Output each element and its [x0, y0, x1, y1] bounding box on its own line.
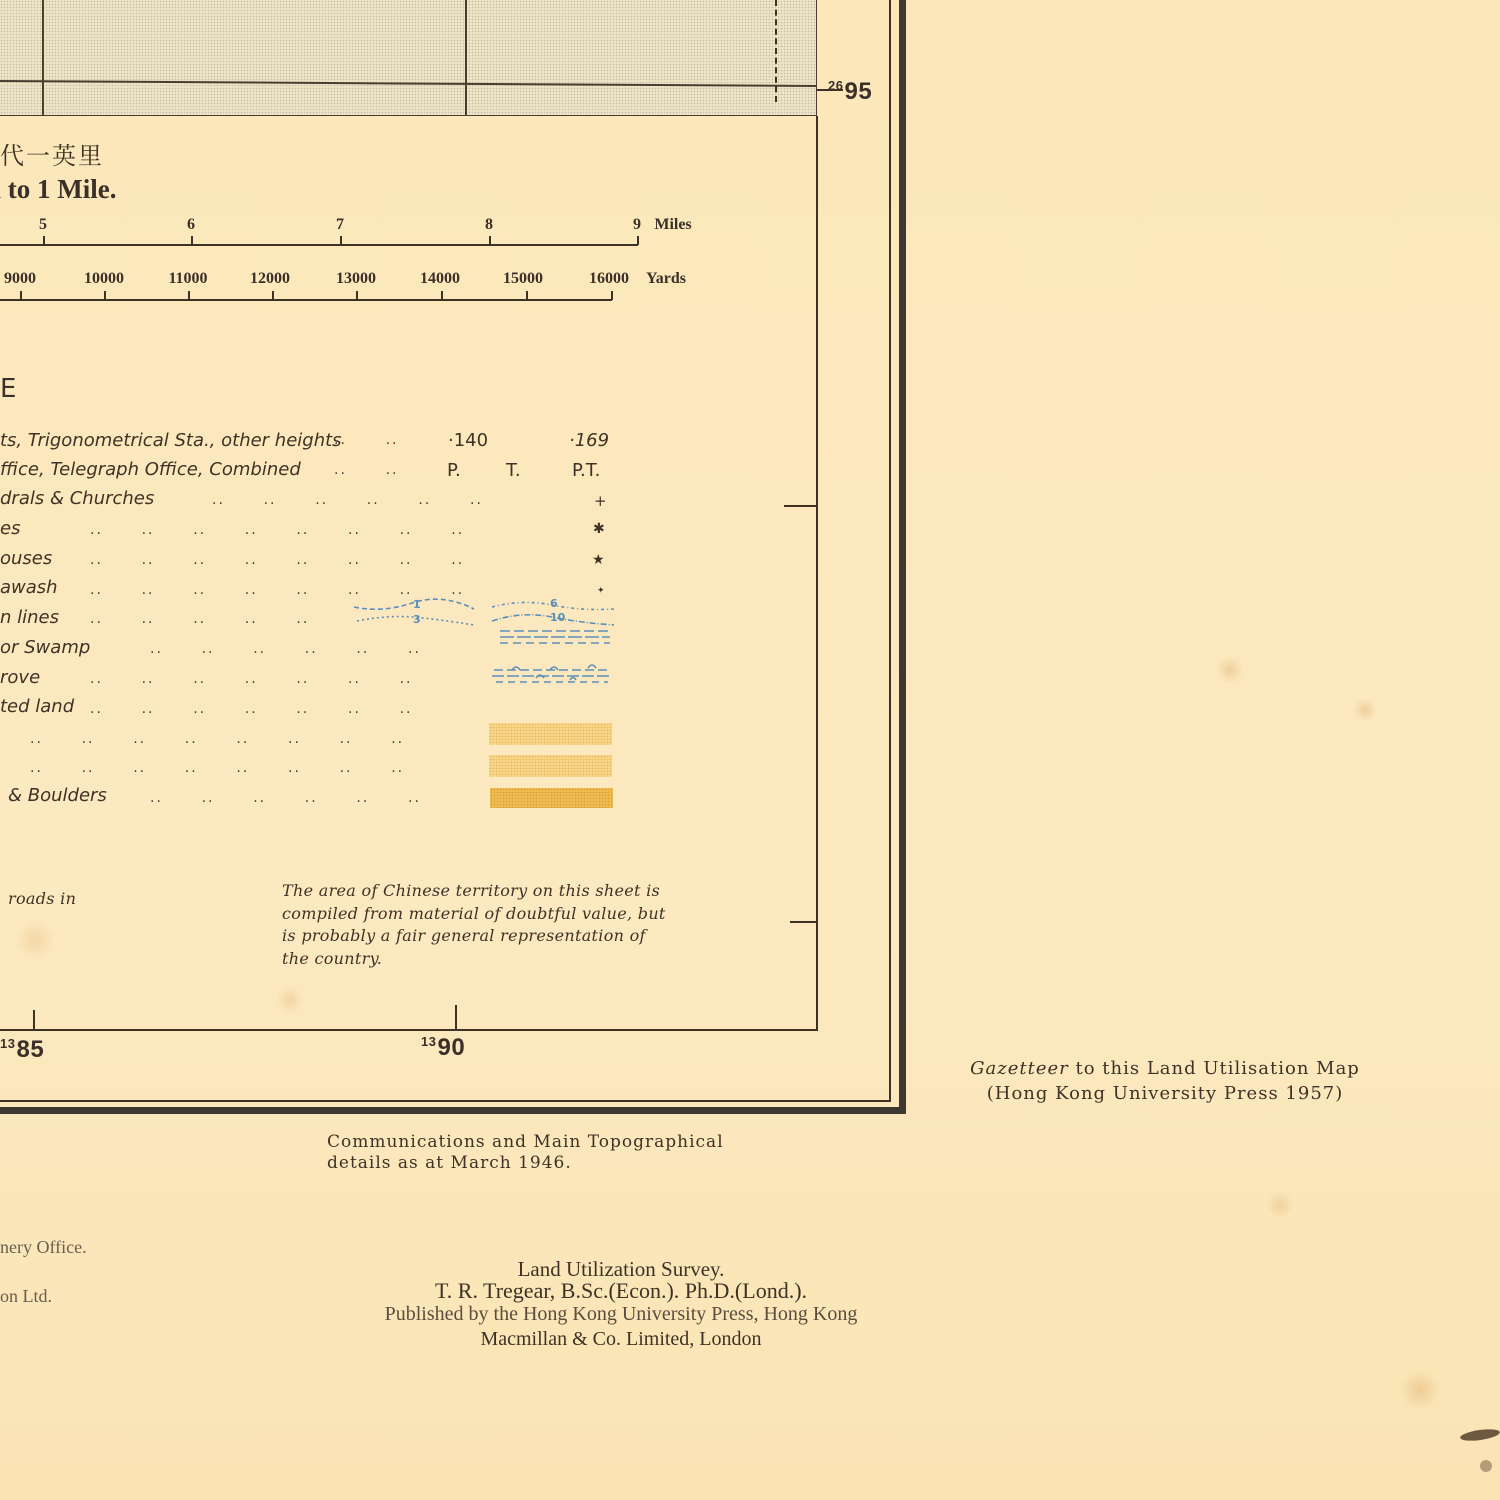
scale-tick: [526, 291, 528, 300]
scale-chinese-title: 代一英里: [0, 136, 104, 171]
grid-line-vertical: [465, 0, 467, 116]
northing-label: 2695: [828, 78, 872, 106]
leader-dots: .. .. .. .. .. .. .. ..: [90, 522, 464, 538]
miles-tick-label: 6: [187, 216, 195, 234]
printer-fragment: on Ltd.: [0, 1286, 52, 1307]
yards-tick-label: 11000: [168, 270, 207, 288]
telegraph-office-symbol: T.: [506, 460, 521, 481]
mangrove-symbol: [490, 660, 614, 688]
legend-row-rocks-boulders: & Boulders: [8, 785, 107, 806]
miles-tick-label: 9: [633, 216, 641, 234]
chinese-territory-note: The area of Chinese territory on this sh…: [282, 880, 702, 970]
post-office-symbol: P.: [447, 460, 461, 481]
yards-tick-label: 13000: [336, 270, 376, 288]
frame-right: [889, 0, 891, 1102]
leader-dots: .. .. .. .. .. .. .. ..: [30, 760, 404, 776]
temple-icon: ✱: [593, 521, 605, 537]
miles-tick-label: 8: [485, 216, 493, 234]
leader-dots: .. .. .. .. .. .. ..: [90, 701, 413, 717]
grid-line-vertical: [42, 0, 44, 116]
legend-row-depth-lines: n lines: [0, 607, 59, 628]
spot-height-symbol: ·140: [448, 430, 488, 451]
scale-tick: [272, 291, 274, 300]
paper-damage-mark: [1480, 1460, 1492, 1472]
survey-author: T. R. Tregear, B.Sc.(Econ.). Ph.D.(Lond.…: [315, 1278, 927, 1304]
legend-row-cultivated-land: ted land: [0, 696, 74, 717]
depth-label-10: 10: [550, 611, 566, 624]
yards-tick-label: 15000: [503, 270, 543, 288]
miles-unit-label: Miles: [654, 216, 691, 234]
communications-note: Communications and Main Topographical de…: [327, 1132, 724, 1174]
scale-tick: [489, 236, 491, 245]
publisher-line: Published by the Hong Kong University Pr…: [315, 1303, 927, 1326]
leader-dots: .. .. .. .. .. ..: [150, 790, 421, 806]
miles-scale-bar: [0, 244, 638, 246]
outer-frame-right: [899, 0, 906, 1114]
leader-dots: .. ..: [334, 462, 399, 478]
legend-row-rocks-awash: awash: [0, 577, 58, 598]
grid-tick: [33, 1010, 35, 1030]
scale-tick: [340, 236, 342, 245]
co-publisher-line: Macmillan & Co. Limited, London: [315, 1328, 927, 1351]
scale-tick: [441, 291, 443, 300]
legend-row-marsh: or Swamp: [0, 637, 90, 658]
leader-dots: .. .. .. .. .. ..: [212, 492, 483, 508]
leader-dots: .. .. .. .. .. .. .. ..: [30, 731, 404, 747]
legend-row-mangrove: rove: [0, 667, 40, 688]
sand-swatch: [489, 723, 612, 745]
grid-tick: [455, 1005, 457, 1030]
scale-tick: [104, 291, 106, 300]
yards-tick-label: 10000: [84, 270, 124, 288]
legend-row-post-office: ffice, Telegraph Office, Combined: [0, 459, 301, 480]
easting-label-1390: 1390: [421, 1034, 465, 1062]
legend-row-lighthouses: ouses: [0, 548, 52, 569]
frame-bottom: [0, 1100, 891, 1102]
yards-tick-label: 12000: [250, 270, 290, 288]
stationery-office-fragment: nery Office.: [0, 1237, 87, 1258]
scale-tick: [356, 291, 358, 300]
easting-label-1385: 1385: [0, 1036, 44, 1064]
depth-label-1: 1: [413, 598, 421, 611]
depth-label-6: 6: [550, 597, 558, 610]
legend-row-churches: drals & Churches: [0, 488, 154, 509]
outer-frame-bottom: [0, 1107, 906, 1114]
yards-unit-label: Yards: [646, 270, 686, 288]
leader-dots: .. .. .. .. ..: [90, 611, 309, 627]
scale-tick: [637, 236, 639, 245]
leader-dots: .. .. .. .. .. ..: [150, 641, 421, 657]
legend-row-temples: es: [0, 518, 20, 539]
leader-dots: .. .. .. .. .. .. .. ..: [90, 552, 464, 568]
legend-heading: E: [0, 374, 16, 404]
lighthouse-star-icon: ★: [592, 552, 605, 568]
depth-label-3: 3: [413, 613, 421, 626]
church-cross-icon: +: [594, 492, 607, 510]
miles-tick-label: 7: [336, 216, 344, 234]
leader-dots: .. .. .. .. .. .. ..: [90, 671, 413, 687]
combined-office-symbol: P.T.: [572, 460, 600, 481]
scale-tick: [191, 236, 193, 245]
grid-tick: [790, 921, 817, 923]
neatline-bottom: [0, 1029, 818, 1031]
map-grid-area: [0, 0, 817, 116]
scale-title: n to 1 Mile.: [0, 174, 116, 205]
mud-swatch: [489, 755, 612, 777]
boundary-dash-line: [775, 0, 779, 102]
yards-tick-label: 9000: [4, 270, 36, 288]
yards-scale-bar: [0, 299, 612, 301]
paper-damage-mark: [1459, 1427, 1500, 1442]
roads-note-fragment: roads in: [8, 888, 76, 911]
yards-tick-label: 14000: [420, 270, 460, 288]
grid-tick: [784, 505, 817, 507]
scale-tick: [611, 291, 613, 300]
miles-tick-label: 5: [39, 216, 47, 234]
scale-tick: [188, 291, 190, 300]
yards-tick-label: 16000: [589, 270, 629, 288]
trig-station-symbol: ·169: [569, 430, 609, 451]
scale-tick: [20, 291, 22, 300]
scale-tick: [43, 236, 45, 245]
leader-dots: .. ..: [334, 432, 399, 448]
neatline-right: [816, 116, 818, 1031]
legend-row-heights: ts, Trigonometrical Sta., other heights: [0, 430, 342, 451]
gazetteer-note: Gazetteer to this Land Utilisation Map (…: [960, 1056, 1370, 1106]
rock-swatch: [490, 788, 613, 808]
